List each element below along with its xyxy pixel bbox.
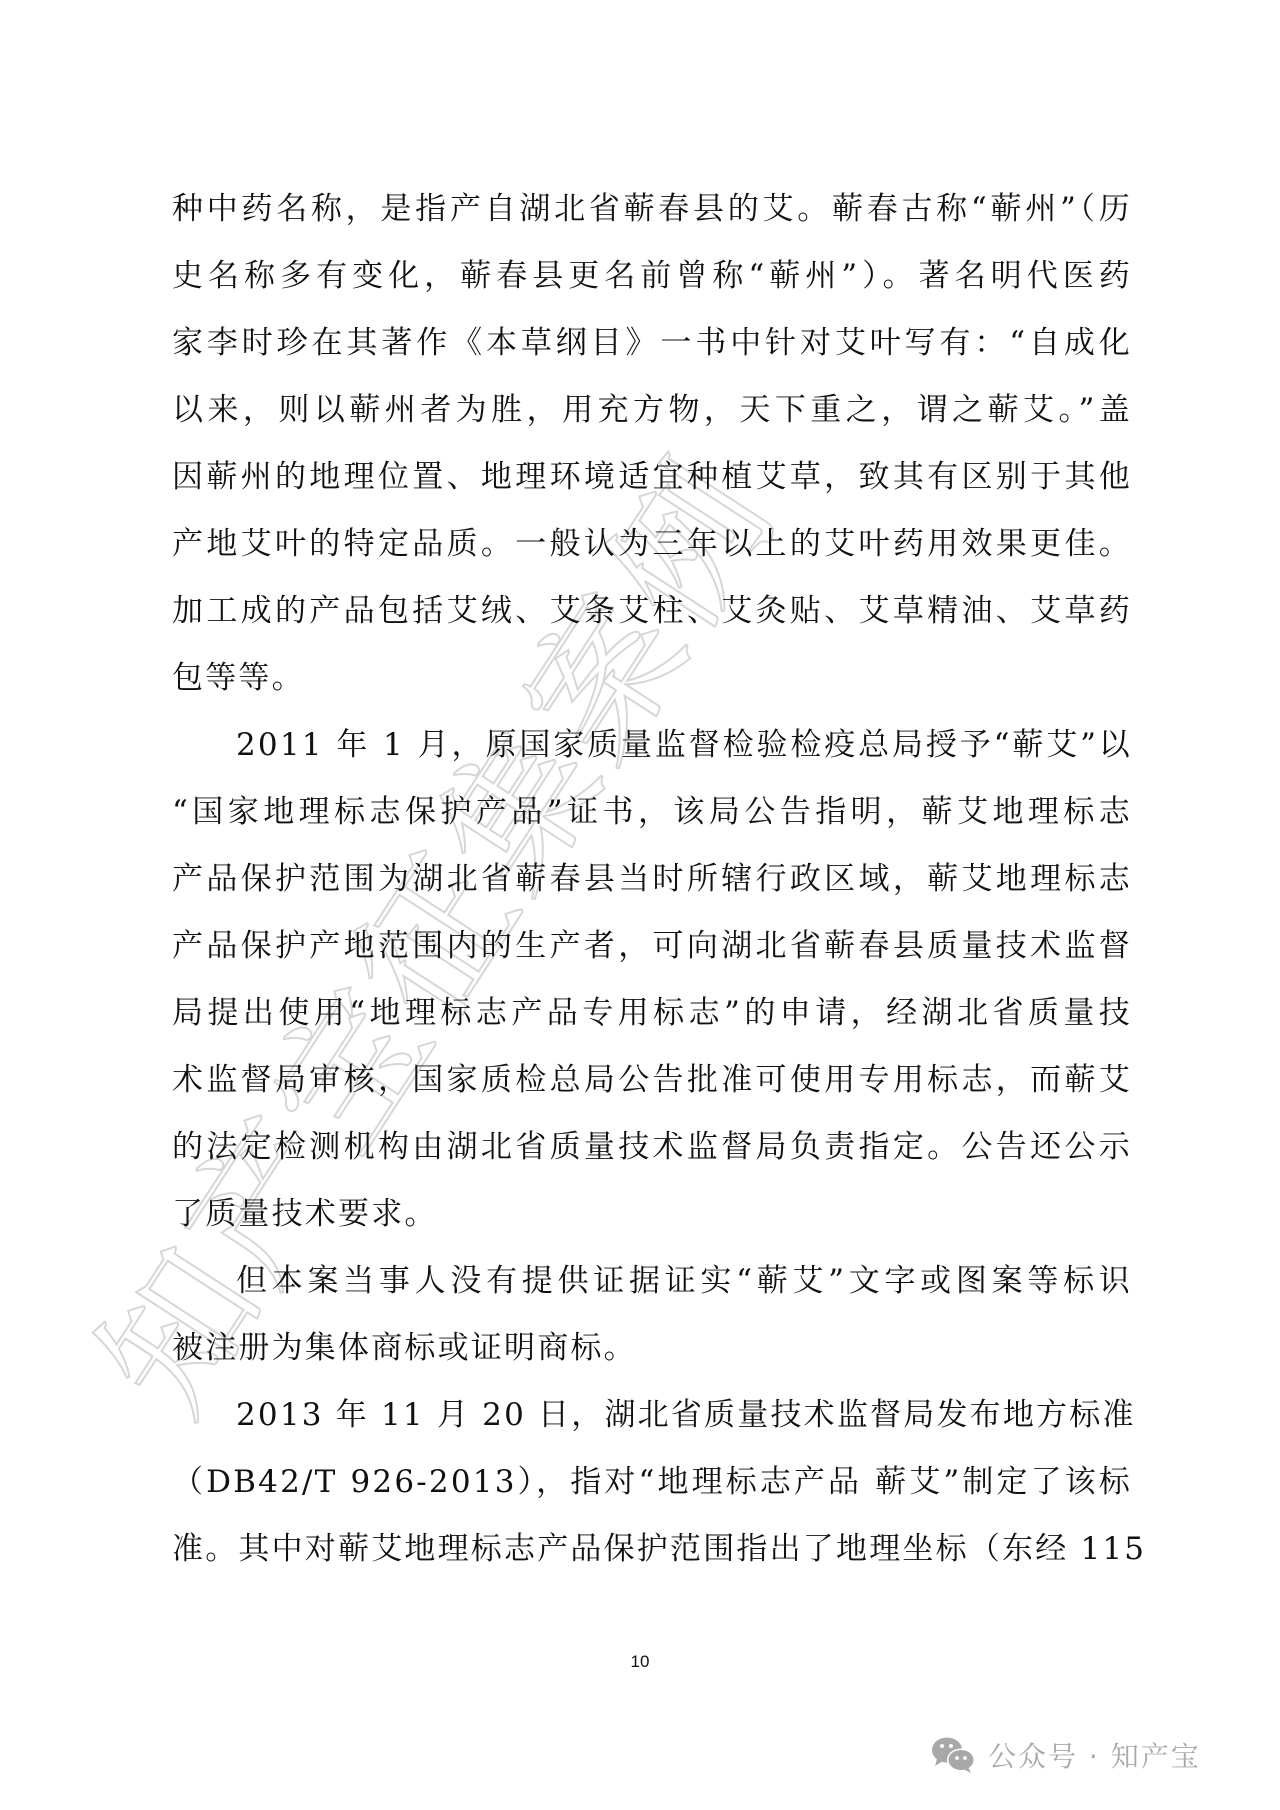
wechat-icon [930,1735,978,1775]
text-line: 因蕲州的地理位置、地理环境适宜种植艾草，致其有区别于其他 [172,451,1132,518]
wechat-account-label: 公众号 · 知产宝 [988,1735,1201,1775]
text-line: 包等等。 [172,652,1132,719]
text-line: 产地艾叶的特定品质。一般认为三年以上的艾叶药用效果更佳。 [172,518,1132,585]
text-line: （DB42/T 926-2013），指对“地理标志产品 蕲艾”制定了该标 [172,1456,1132,1523]
text-line: 2011 年 1 月，原国家质量监督检验检疫总局授予“蕲艾”以 [172,719,1132,786]
text-line: 以来，则以蕲州者为胜，用充方物，天下重之，谓之蕲艾。”盖 [172,384,1132,451]
text-line: 术监督局审核，国家质检总局公告批准可使用专用标志，而蕲艾 [172,1054,1132,1121]
text-line: 了质量技术要求。 [172,1188,1132,1255]
text-line: 产品保护产地范围内的生产者，可向湖北省蕲春县质量技术监督 [172,920,1132,987]
text-line: “国家地理标志保护产品”证书，该局公告指明，蕲艾地理标志 [172,786,1132,853]
text-line: 局提出使用“地理标志产品专用标志”的申请，经湖北省质量技 [172,987,1132,1054]
text-line: 的法定检测机构由湖北省质量技术监督局负责指定。公告还公示 [172,1121,1132,1188]
text-line: 加工成的产品包括艾绒、艾条艾柱、艾灸贴、艾草精油、艾草药 [172,585,1132,652]
text-line: 2013 年 11 月 20 日，湖北省质量技术监督局发布地方标准 [172,1389,1132,1456]
text-line: 被注册为集体商标或证明商标。 [172,1322,1132,1389]
text-line: 种中药名称，是指产自湖北省蕲春县的艾。蕲春古称“蕲州”（历 [172,183,1132,250]
document-page: 知产宝征集案例 种中药名称，是指产自湖北省蕲春县的艾。蕲春古称“蕲州”（历 史名… [0,0,1280,1810]
text-line: 产品保护范围为湖北省蕲春县当时所辖行政区域，蕲艾地理标志 [172,853,1132,920]
wechat-account-footer: 公众号 · 知产宝 [930,1735,1201,1775]
text-line: 准。其中对蕲艾地理标志产品保护范围指出了地理坐标（东经 115 [172,1523,1132,1590]
text-line: 家李时珍在其著作《本草纲目》一书中针对艾叶写有：“自成化 [172,317,1132,384]
page-number: 10 [0,1652,1280,1672]
text-line: 但本案当事人没有提供证据证实“蕲艾”文字或图案等标识 [172,1255,1132,1322]
document-body: 种中药名称，是指产自湖北省蕲春县的艾。蕲春古称“蕲州”（历 史名称多有变化，蕲春… [172,183,1132,1590]
text-line: 史名称多有变化，蕲春县更名前曾称“蕲州”）。著名明代医药 [172,250,1132,317]
